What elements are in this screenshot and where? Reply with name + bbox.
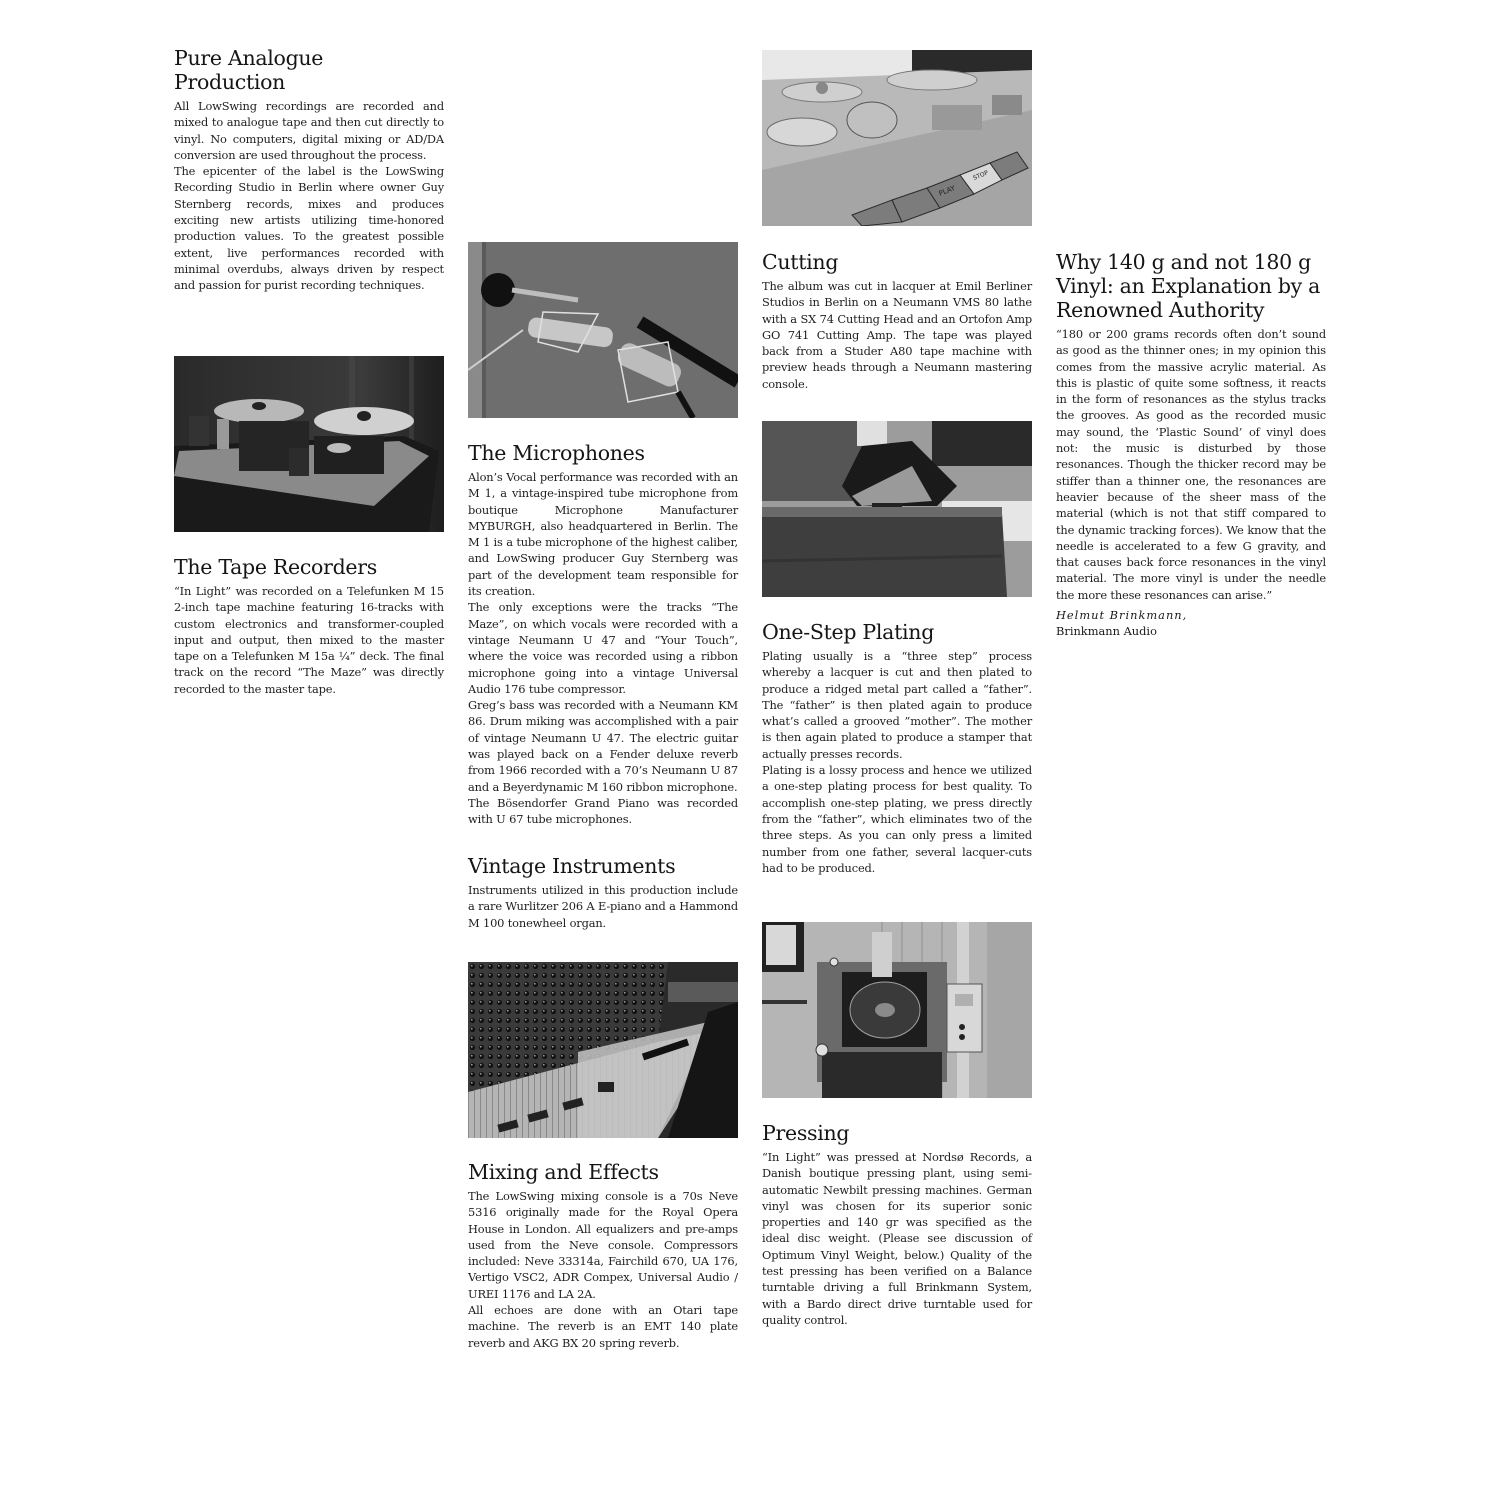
section-title: Pure Analogue Production	[174, 46, 444, 94]
photo-pressing-machine	[762, 922, 1032, 1098]
section-title: Vintage Instruments	[468, 854, 738, 878]
section-title: Mixing and Effects	[468, 1160, 738, 1184]
quote-organization: Brinkmann Audio	[1056, 623, 1326, 639]
quote-paragraph: “180 or 200 grams records often don’t so…	[1056, 326, 1326, 603]
paragraph: “In Light” was pressed at Nordsø Records…	[762, 1149, 1032, 1328]
paragraph: All echoes are done with an Otari tape m…	[468, 1302, 738, 1351]
paragraph: Instruments utilized in this production …	[468, 882, 738, 931]
section-vintage-instruments: Vintage Instruments Instruments utilized…	[468, 854, 738, 931]
paragraph: “In Light” was recorded on a Telefunken …	[174, 583, 444, 697]
section-title: Pressing	[762, 1121, 1032, 1145]
paragraph: Plating usually is a “three step” proces…	[762, 648, 1032, 762]
section-tape-recorders: The Tape Recorders “In Light” was record…	[174, 555, 444, 697]
paragraph: Alon’s Vocal performance was recorded wi…	[468, 469, 738, 599]
paragraph: Plating is a lossy process and hence we …	[762, 762, 1032, 876]
paragraph: The Bösendorfer Grand Piano was record­e…	[468, 795, 738, 828]
title-line: Vinyl: an Explanation by a	[1056, 274, 1320, 298]
section-title: Why 140 g and not 180 g Vinyl: an Explan…	[1056, 250, 1326, 322]
photo-microphones	[468, 242, 738, 418]
paragraph: All LowSwing recordings are recorded and…	[174, 98, 444, 163]
photo-tape-recorder	[174, 356, 444, 532]
photo-cutting-head	[762, 421, 1032, 597]
photo-mixing-console	[468, 962, 738, 1138]
section-title: One-Step Plating	[762, 620, 1032, 644]
section-one-step-plating: One-Step Plating Plating usually is a “t…	[762, 620, 1032, 876]
quote-author: Helmut Brinkmann,	[1056, 607, 1326, 623]
section-mixing-effects: Mixing and Effects The LowSwing mixing c…	[468, 1160, 738, 1351]
section-title: The Microphones	[468, 441, 738, 465]
section-title: The Tape Recorders	[174, 555, 444, 579]
section-pressing: Pressing “In Light” was pressed at Nords…	[762, 1121, 1032, 1328]
paragraph: The LowSwing mixing console is a 70s Nev…	[468, 1188, 738, 1302]
paragraph: The epicenter of the label is the LowSwi…	[174, 163, 444, 293]
title-line: Why 140 g and not 180 g	[1056, 250, 1311, 274]
title-line: Renowned Authority	[1056, 298, 1264, 322]
paragraph: The only exceptions were the tracks “The…	[468, 599, 738, 697]
section-pure-analogue: Pure Analogue Production All LowSwing re…	[174, 46, 444, 294]
title-line: Pure Analogue	[174, 46, 323, 70]
photo-studer-tape-machine: PLAY STOP	[762, 50, 1032, 226]
section-microphones: The Microphones Alon’s Vocal performance…	[468, 441, 738, 828]
section-cutting: Cutting The album was cut in lacquer at …	[762, 250, 1032, 392]
paragraph: Greg’s bass was recorded with a Neumann …	[468, 697, 738, 795]
section-title: Cutting	[762, 250, 1032, 274]
title-line: Production	[174, 70, 285, 94]
paragraph: The album was cut in lacquer at Emil Ber…	[762, 278, 1032, 392]
section-why-140g: Why 140 g and not 180 g Vinyl: an Explan…	[1056, 250, 1326, 640]
